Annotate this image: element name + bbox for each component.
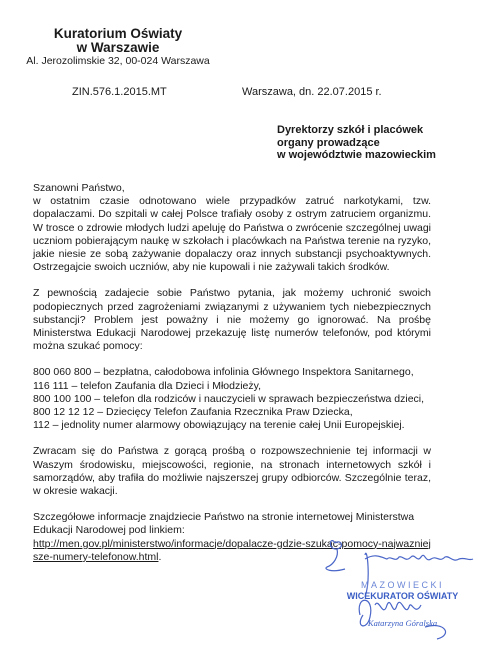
stamp-line1: MAZOWIECKI xyxy=(325,580,478,591)
stamp-name: Katarzyna Góralska xyxy=(325,616,478,630)
letter-body: Szanowni Państwo, w ostatnim czasie odno… xyxy=(33,182,431,564)
phone-list: 800 060 800 – bezpłatna, całodobowa info… xyxy=(33,366,431,432)
place-date: Warszawa, dn. 22.07.2015 r. xyxy=(242,86,382,98)
paragraph-4-text: Szczegółowe informacje znajdziecie Państ… xyxy=(33,511,414,536)
official-stamp: MAZOWIECKI WICEKURATOR OŚWIATY Katarzyna… xyxy=(325,580,478,630)
recipient-line1: Dyrektorzy szkół i placówek xyxy=(277,124,436,137)
paragraph-3: Zwracam się do Państwa z gorącą prośbą o… xyxy=(33,445,431,498)
reference-number: ZIN.576.1.2015.MT xyxy=(72,86,167,98)
org-name-line2: w Warszawie xyxy=(0,41,236,55)
phone-item: 116 111 – telefon Zaufania dla Dzieci i … xyxy=(33,380,431,393)
recipient-line2: organy prowadzące xyxy=(277,137,436,150)
greeting: Szanowni Państwo, xyxy=(33,182,431,195)
letterhead: Kuratorium Oświaty w Warszawie Al. Jeroz… xyxy=(0,27,236,68)
phone-item: 800 060 800 – bezpłatna, całodobowa info… xyxy=(33,366,431,379)
recipient-line3: w województwie mazowieckim xyxy=(277,149,436,162)
phone-item: 800 12 12 12 – Dziecięcy Telefon Zaufani… xyxy=(33,406,431,419)
phone-item: 800 100 100 – telefon dla rodziców i nau… xyxy=(33,393,431,406)
org-address: Al. Jerozolimskie 32, 00-024 Warszawa xyxy=(0,55,236,68)
stamp-line2: WICEKURATOR OŚWIATY xyxy=(325,591,478,602)
phone-item: 112 – jednolity numer alarmowy obowiązuj… xyxy=(33,419,431,432)
org-name-line1: Kuratorium Oświaty xyxy=(0,27,236,41)
paragraph-2: Z pewnością zadajecie sobie Państwo pyta… xyxy=(33,287,431,353)
paragraph-1: w ostatnim czasie odnotowano wiele przyp… xyxy=(33,195,431,274)
recipient-block: Dyrektorzy szkół i placówek organy prowa… xyxy=(277,124,436,162)
link-suffix: . xyxy=(158,551,161,563)
